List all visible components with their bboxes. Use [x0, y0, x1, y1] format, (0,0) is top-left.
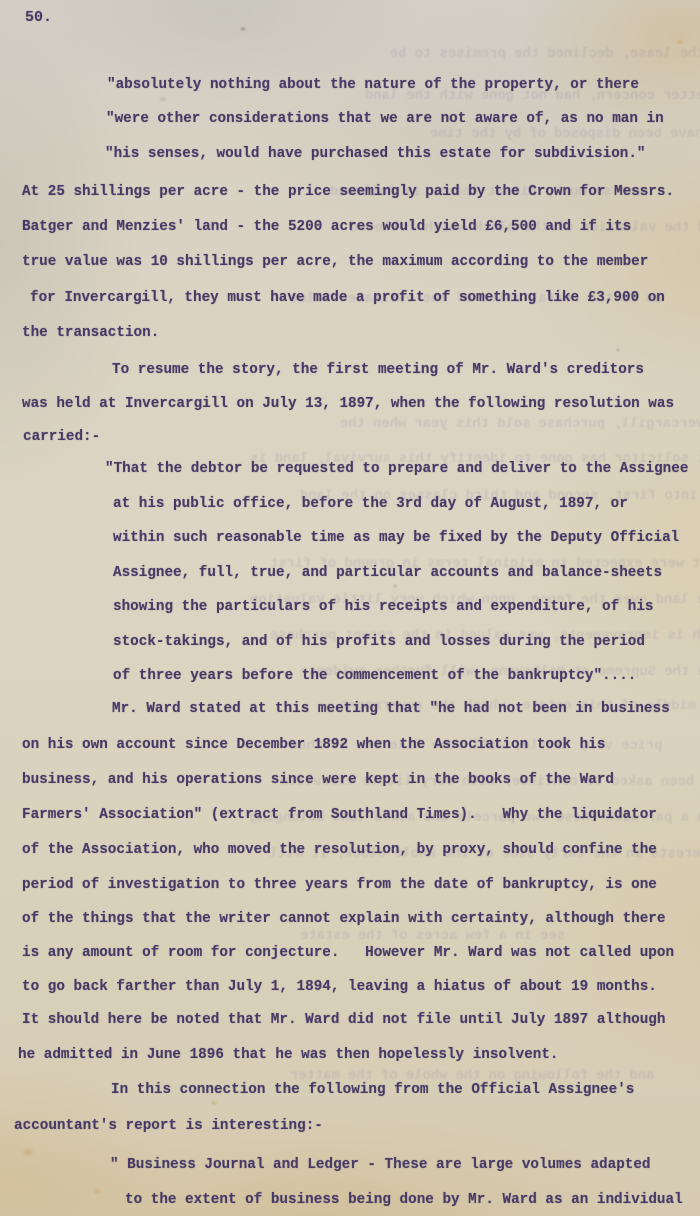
typescript-line: within such reasonable time as may be fi… [113, 531, 679, 546]
typescript-line: Batger and Menzies' land - the 5200 acre… [22, 220, 631, 235]
typescript-line: period of investigation to three years f… [22, 878, 657, 893]
typescript-line: "absolutely nothing about the nature of … [107, 78, 639, 93]
typescript-line: To resume the story, the first meeting o… [112, 363, 644, 378]
bleedthrough-line: see in a few acres of the estate [300, 930, 565, 944]
typescript-line: to the extent of business being done by … [125, 1193, 683, 1208]
typescript-line: "were other considerations that we are n… [106, 112, 664, 127]
typescript-page: the termination of the lease, declined t… [0, 0, 700, 1216]
typescript-line: At 25 shillings per acre - the price see… [22, 185, 674, 200]
typescript-line: Assignee, full, true, and particular acc… [113, 566, 662, 581]
typescript-line: on his own account since December 1892 w… [22, 738, 605, 753]
bleedthrough-line: would have been disposed of by the time [430, 128, 700, 142]
page-number: 50. [25, 10, 52, 26]
typescript-line: carried:- [23, 430, 100, 445]
typescript-line: to go back farther than July 1, 1894, le… [22, 980, 657, 995]
typescript-line: at his public office, before the 3rd day… [113, 497, 628, 512]
typescript-line: of the things that the writer cannot exp… [22, 912, 665, 927]
typescript-line: was held at Invercargill on July 13, 189… [22, 397, 674, 412]
bleedthrough-line: of Invercargill, purchase sold this year… [340, 418, 700, 432]
typescript-line: accountant's report is interesting:- [14, 1119, 323, 1134]
typescript-line: In this connection the following from th… [111, 1083, 634, 1098]
typescript-line: Farmers' Association" (extract from Sout… [22, 808, 657, 823]
typescript-line: business, and his operations since were … [22, 773, 614, 788]
typescript-line: of the Association, who moved the resolu… [22, 843, 657, 858]
typescript-line: the transaction. [22, 326, 159, 341]
typescript-line: Mr. Ward stated at this meeting that "he… [112, 702, 670, 717]
typescript-line: "That the debtor be requested to prepare… [105, 462, 688, 477]
typescript-line: for Invercargill, they must have made a … [30, 291, 665, 306]
typescript-line: true value was 10 shillings per acre, th… [22, 255, 648, 270]
typescript-line: he admitted in June 1896 that he was the… [18, 1048, 559, 1063]
bleedthrough-line: the termination of the lease, declined t… [390, 48, 700, 62]
typescript-line: It should here be noted that Mr. Ward di… [22, 1013, 665, 1028]
typescript-line: " Business Journal and Ledger - These ar… [110, 1158, 651, 1173]
typescript-line: showing the particulars of his receipts … [113, 600, 654, 615]
typescript-line: "his senses, would have purchased this e… [105, 147, 646, 162]
typescript-line: of three years before the commencement o… [113, 669, 636, 684]
typescript-line: stock-takings, and of his profits and lo… [113, 635, 645, 650]
typescript-line: is any amount of room for conjecture. Ho… [22, 946, 674, 961]
